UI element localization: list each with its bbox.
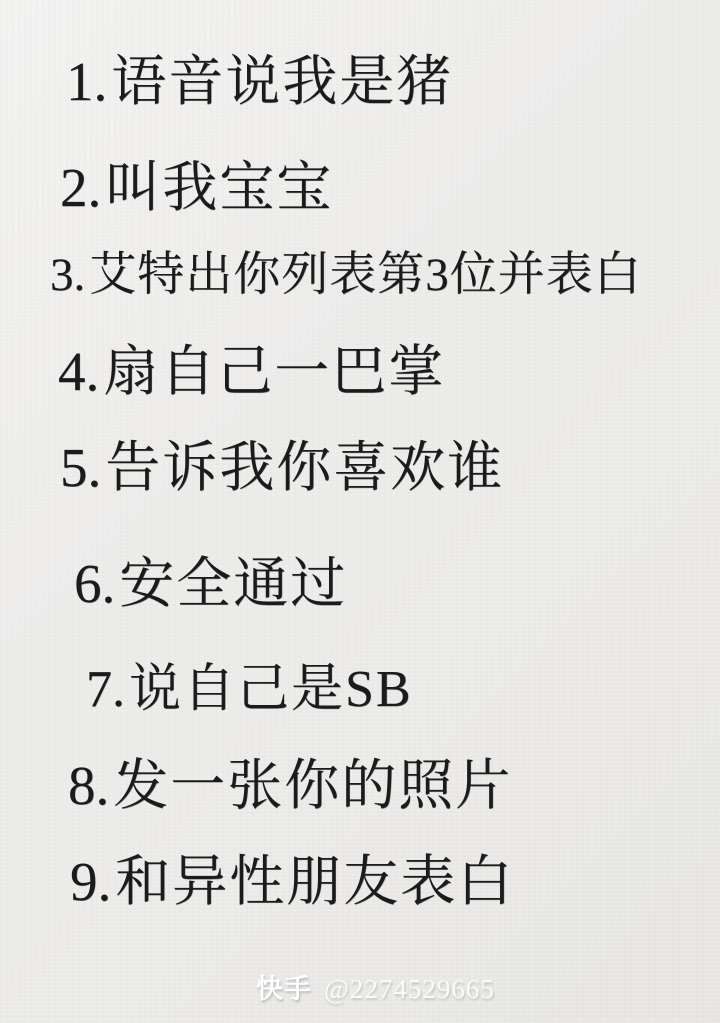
item-number: 3. xyxy=(50,249,85,301)
list-item: 6.安全通过 xyxy=(74,556,347,611)
list-item: 9.和异性朋友表白 xyxy=(70,854,514,909)
list-item: 7.说自己是SB xyxy=(86,664,413,716)
watermark-handle: @2274529665 xyxy=(324,974,495,1004)
item-number: 2. xyxy=(60,157,101,218)
item-text: 扇自己一巴掌 xyxy=(103,341,445,402)
item-number: 6. xyxy=(74,553,115,614)
item-number: 5. xyxy=(60,437,101,498)
list-item: 5.告诉我你喜欢谁 xyxy=(60,440,504,495)
item-number: 7. xyxy=(86,661,125,718)
list-item: 3.艾特出你列表第3位并表白 xyxy=(50,252,642,299)
item-text: 和异性朋友表白 xyxy=(115,851,514,912)
item-number: 4. xyxy=(58,341,99,402)
list-item: 8.发一张你的照片 xyxy=(68,758,512,813)
item-text: 语音说我是猪 xyxy=(111,51,453,112)
item-text: 艾特出你列表第3位并表白 xyxy=(89,249,642,301)
list-item: 4.扇自己一巴掌 xyxy=(58,344,445,399)
item-number: 8. xyxy=(68,755,109,816)
item-text: 发一张你的照片 xyxy=(113,755,512,816)
watermark-brand-kuaishou: 快手 xyxy=(256,974,312,1004)
watermark: 快手@2274529665 xyxy=(256,976,495,1003)
photo-text-page: 1.语音说我是猪 2.叫我宝宝 3.艾特出你列表第3位并表白 4.扇自己一巴掌 … xyxy=(0,0,720,1023)
item-text: 叫我宝宝 xyxy=(105,157,333,218)
item-text: 告诉我你喜欢谁 xyxy=(105,437,504,498)
item-text: 安全通过 xyxy=(119,553,347,614)
item-number: 1. xyxy=(66,51,107,112)
item-number: 9. xyxy=(70,851,111,912)
list-item: 1.语音说我是猪 xyxy=(66,54,453,109)
item-text: 说自己是SB xyxy=(129,661,413,718)
list-item: 2.叫我宝宝 xyxy=(60,160,333,215)
